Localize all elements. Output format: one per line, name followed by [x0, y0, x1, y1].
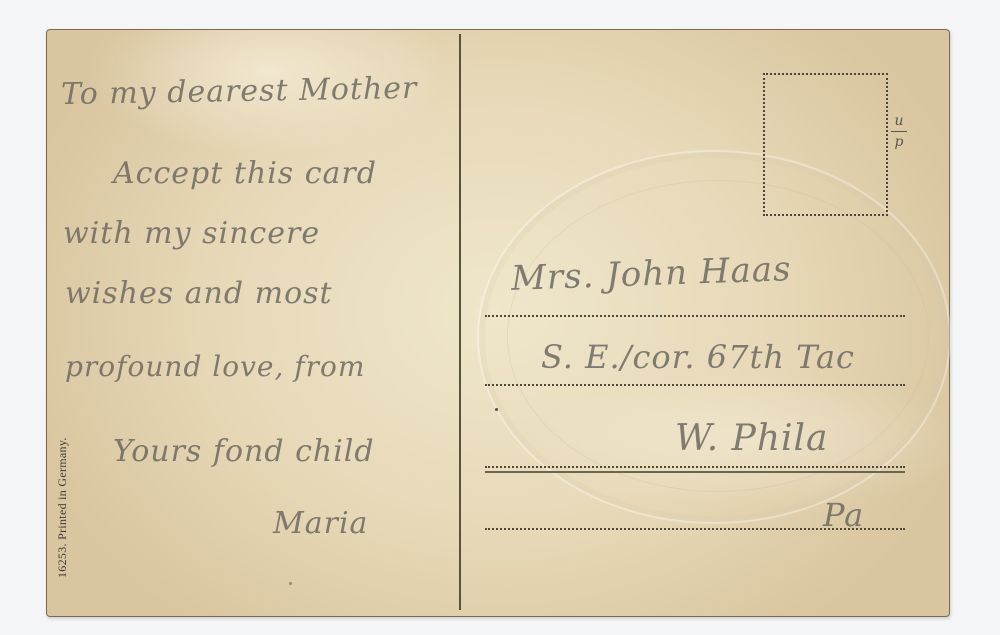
message-signature: Maria: [273, 506, 368, 541]
stamp-note-text: u: [894, 113, 903, 129]
address-rule-3-underline: [485, 471, 905, 473]
address-line-3: W. Phila: [675, 418, 829, 459]
postcard-back: To my dearest Mother Accept this card wi…: [46, 29, 950, 617]
message-line-4: wishes and most: [65, 276, 333, 311]
printed-in-germany-imprint: 16253. Printed in Germany.: [55, 437, 70, 578]
stamp-note-up: u p: [891, 114, 907, 149]
stamp-note-bar: [891, 131, 907, 132]
center-divider-line: [459, 34, 461, 610]
message-line-2: Accept this card: [113, 156, 377, 191]
address-rule-1: [485, 315, 905, 317]
message-line-3: with my sincere: [63, 216, 320, 251]
message-line-1: To my dearest Mother: [61, 71, 418, 112]
message-line-5: profound love, from: [65, 350, 365, 383]
message-line-6: Yours fond child: [113, 434, 375, 469]
paper-speck: [495, 408, 498, 411]
address-rule-2: [485, 384, 905, 386]
stamp-note-text-p: p: [895, 134, 904, 150]
address-line-2: S. E./cor. 67th Tac: [541, 338, 855, 376]
address-rule-3: [485, 466, 905, 468]
paper-speck: [289, 582, 292, 585]
address-rule-4: [485, 528, 905, 530]
stamp-placement-box: [763, 73, 888, 216]
